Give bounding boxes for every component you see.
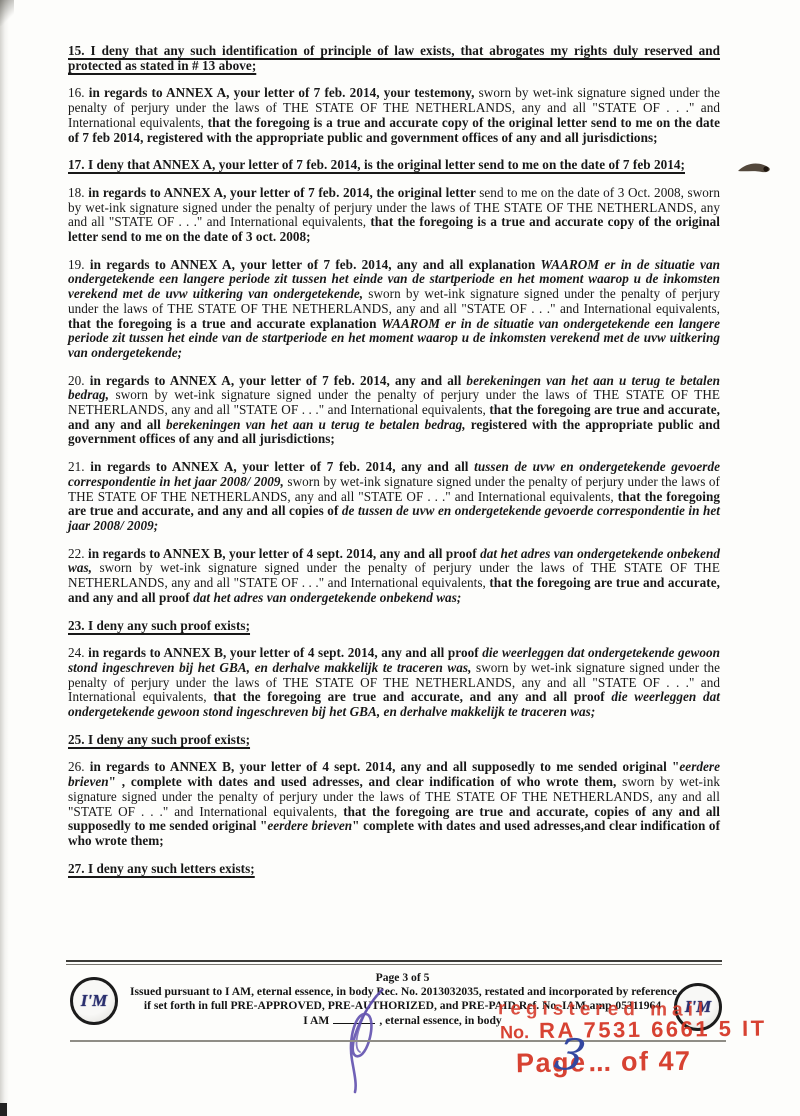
scan-corner-mark: [0, 1103, 7, 1116]
seal-monogram: I'M: [81, 991, 107, 1011]
paragraph-21: 21. in regards to ANNEX A, your letter o…: [68, 460, 720, 534]
paragraph-22: 22. in regards to ANNEX B, your letter o…: [68, 547, 720, 606]
im-seal-icon-left: I'M: [70, 977, 118, 1025]
stamp-page-total: of 47: [621, 1046, 692, 1077]
paragraph-24: 24. in regards to ANNEX B, your letter o…: [68, 646, 720, 720]
paragraph-23: 23. I deny any such proof exists;: [68, 619, 720, 634]
scanned-document-page: 15. I deny that any such identification …: [0, 0, 800, 1116]
paragraph-15: 15. I deny that any such identification …: [68, 44, 720, 73]
paragraph-26: 26. in regards to ANNEX B, your letter o…: [68, 760, 720, 848]
footer-top-rule: [66, 960, 722, 965]
paragraph-25: 25. I deny any such proof exists;: [68, 733, 720, 748]
document-body: 15. I deny that any such identification …: [68, 44, 720, 889]
registration-number-stamp: No.RA 7531 6661 5 IT: [500, 1016, 767, 1045]
page-of-stamp: Page...of 47: [516, 1046, 692, 1079]
stamp-page-dots: ...: [588, 1047, 611, 1077]
paragraph-27: 27. I deny any such letters exists;: [68, 862, 720, 877]
paragraph-16: 16. in regards to ANNEX A, your letter o…: [68, 86, 720, 145]
paragraph-20: 20. in regards to ANNEX A, your letter o…: [68, 374, 720, 448]
iam-prefix: I AM: [303, 1014, 329, 1027]
footer-page-line: Page 3 of 5: [130, 971, 675, 985]
paragraph-17: 17. I deny that ANNEX A, your letter of …: [68, 158, 720, 173]
stamp-no-label: No.: [500, 1022, 529, 1042]
scan-corner-smudge: [0, 0, 14, 26]
pen-mark-icon: [736, 158, 780, 182]
scan-edge-artifact: [0, 0, 9, 1116]
paragraph-19: 19. in regards to ANNEX A, your letter o…: [68, 258, 720, 361]
paragraph-18: 18. in regards to ANNEX A, your letter o…: [68, 186, 720, 245]
